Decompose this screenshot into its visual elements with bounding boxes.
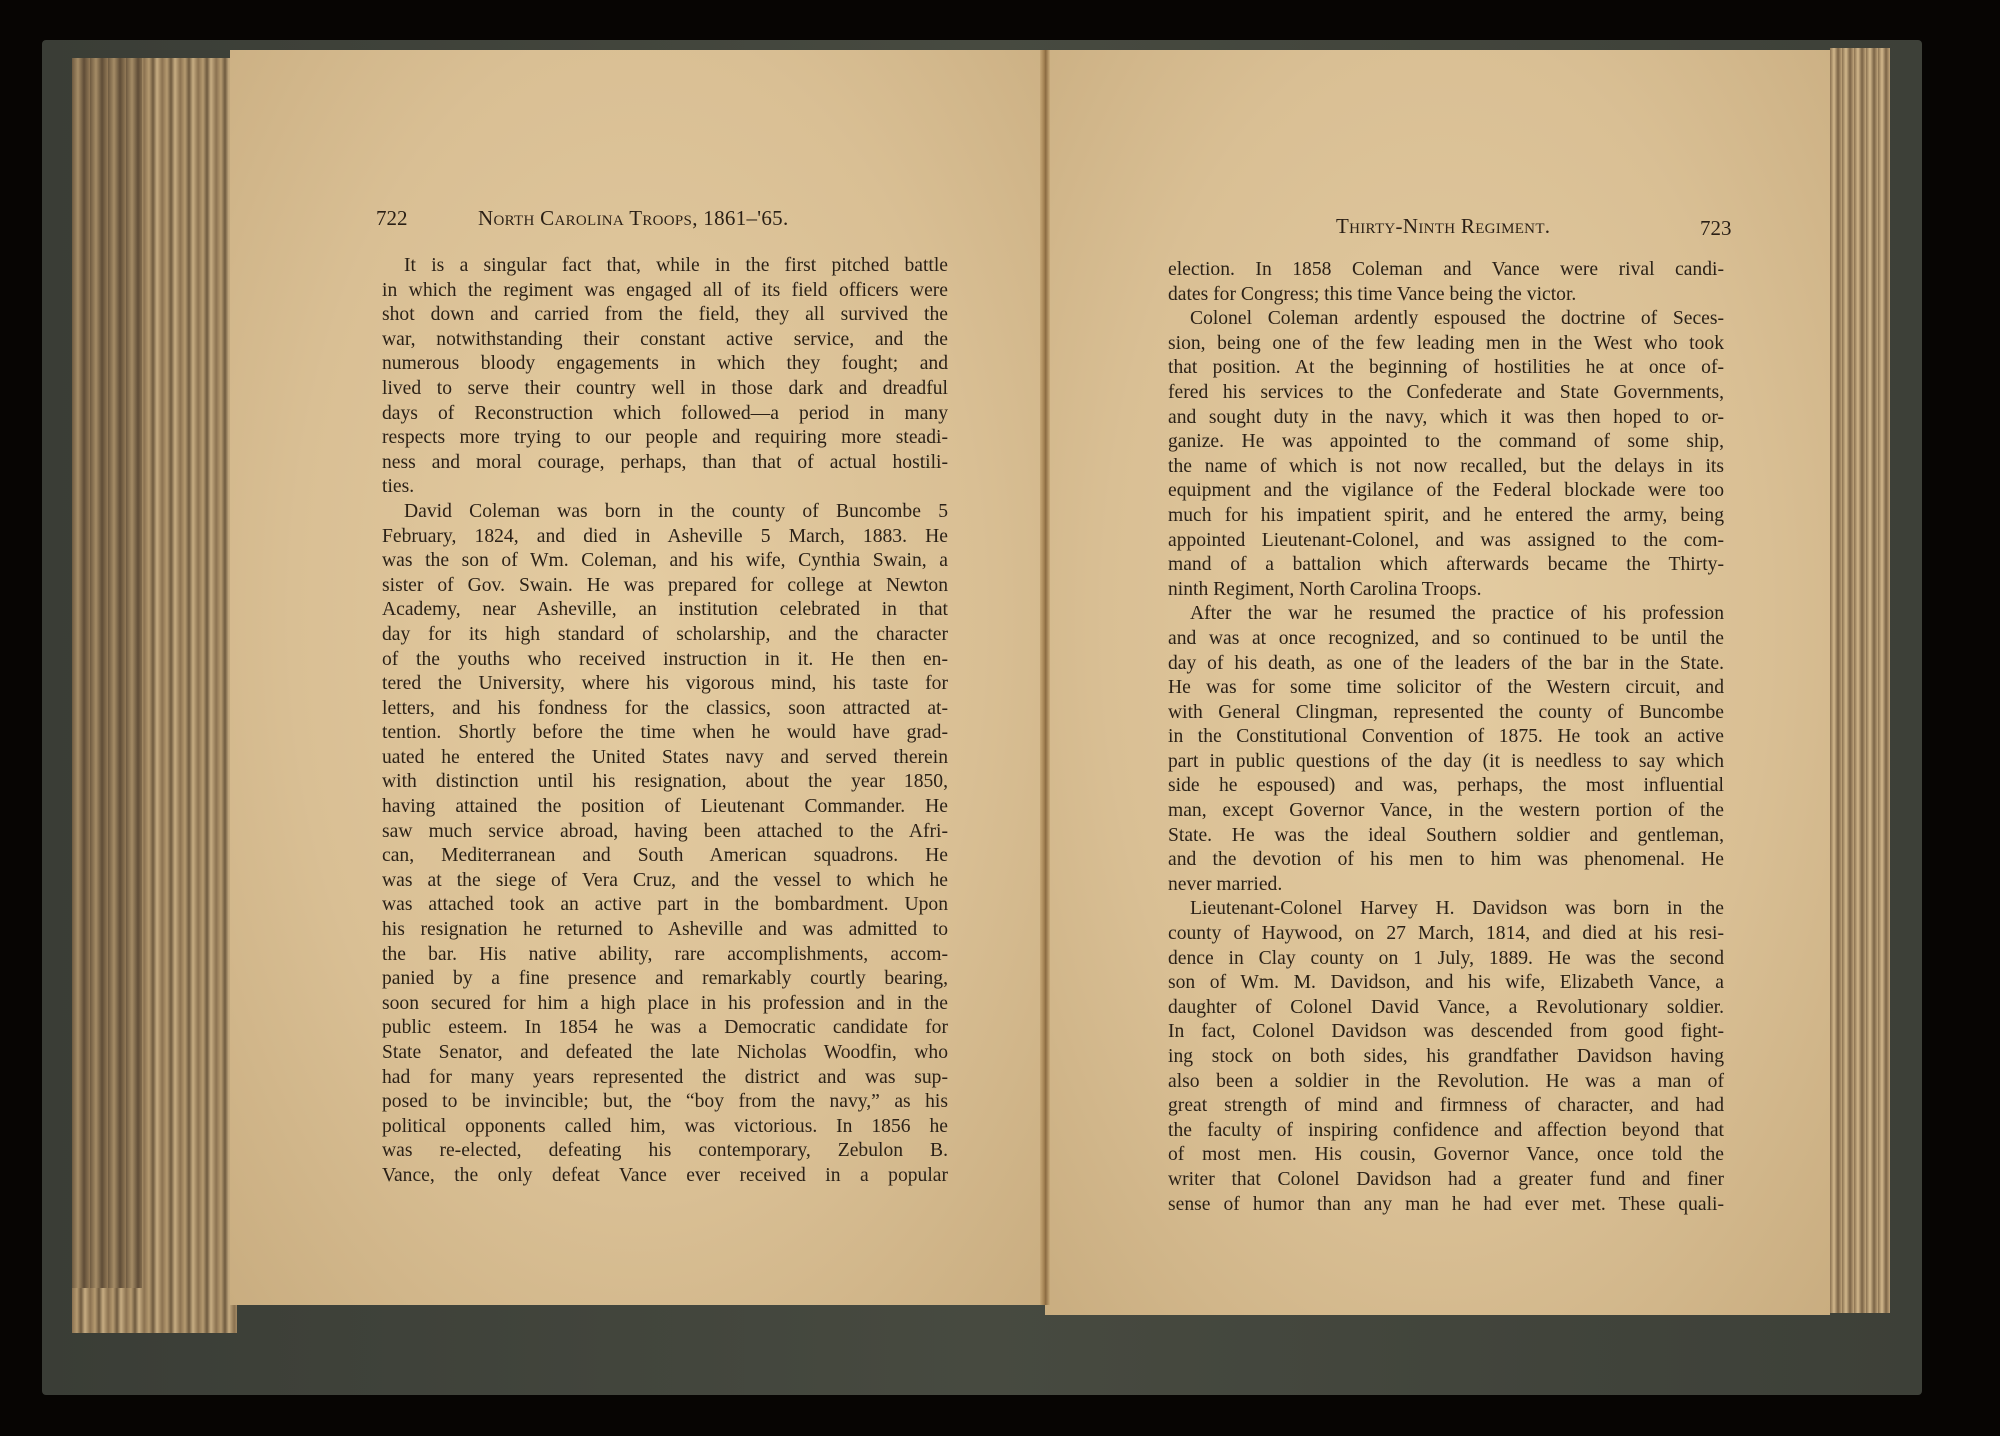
text-line: and was at once recognized, and so conti…	[1168, 627, 1724, 652]
text-line: uated he entered the United States navy …	[382, 746, 948, 771]
text-line: ninth Regiment, North Carolina Troops.	[1168, 578, 1724, 603]
text-line: in which the regiment was engaged all of…	[382, 279, 948, 304]
text-line: It is a singular fact that, while in the…	[382, 254, 948, 279]
text-line: In fact, Colonel Davidson was descended …	[1168, 1020, 1724, 1045]
text-line: lived to serve their country well in tho…	[382, 377, 948, 402]
text-line: panied by a fine presence and remarkably…	[382, 967, 948, 992]
text-line: also been a soldier in the Revolution. H…	[1168, 1070, 1724, 1095]
text-line: sion, being one of the few leading men i…	[1168, 332, 1724, 357]
text-line: with distinction until his resignation, …	[382, 770, 948, 795]
text-line: of the youths who received instruction i…	[382, 648, 948, 673]
text-line: war, notwithstanding their constant acti…	[382, 328, 948, 353]
text-line: sense of humor than any man he had ever …	[1168, 1193, 1724, 1218]
text-line: day for its high standard of scholarship…	[382, 623, 948, 648]
text-line: was re-elected, defeating his contempora…	[382, 1139, 948, 1164]
text-line: dates for Congress; this time Vance bein…	[1168, 283, 1724, 308]
text-line: shot down and carried from the field, th…	[382, 303, 948, 328]
text-line: side he espoused) and was, perhaps, the …	[1168, 774, 1724, 799]
text-line: ing stock on both sides, his grandfather…	[1168, 1045, 1724, 1070]
right-page-body: election. In 1858 Coleman and Vance were…	[1168, 258, 1724, 1217]
text-line: appointed Lieutenant-Colonel, and was as…	[1168, 529, 1724, 554]
left-running-head: North Carolina Troops, 1861–'65.	[478, 206, 789, 231]
text-line: with General Clingman, represented the c…	[1168, 701, 1724, 726]
text-line: had for many years represented the distr…	[382, 1066, 948, 1091]
text-line: dence in Clay county on 1 July, 1889. He…	[1168, 947, 1724, 972]
text-line: was attached took an active part in the …	[382, 893, 948, 918]
text-line: State. He was the ideal Southern soldier…	[1168, 824, 1724, 849]
text-line: soon secured for him a high place in his…	[382, 992, 948, 1017]
text-line: the name of which is not now recalled, b…	[1168, 455, 1724, 480]
text-line: ties.	[382, 475, 948, 500]
text-line: numerous bloody engagements in which the…	[382, 352, 948, 377]
text-line: Academy, near Asheville, an institution …	[382, 598, 948, 623]
text-line: having attained the position of Lieutena…	[382, 795, 948, 820]
page-edges-left-outer	[72, 58, 142, 1288]
text-line: posed to be invincible; but, the “boy fr…	[382, 1090, 948, 1115]
text-line: equipment and the vigilance of the Feder…	[1168, 479, 1724, 504]
text-line: State Senator, and defeated the late Nic…	[382, 1041, 948, 1066]
page-edges-right	[1830, 48, 1890, 1313]
text-line: mand of a battalion which afterwards bec…	[1168, 553, 1724, 578]
right-running-head: Thirty-Ninth Regiment.	[1336, 214, 1550, 239]
text-line: David Coleman was born in the county of …	[382, 500, 948, 525]
text-line: and sought duty in the navy, which it wa…	[1168, 406, 1724, 431]
left-page-number: 722	[376, 206, 408, 231]
text-line: tered the University, where his vigorous…	[382, 672, 948, 697]
text-line: in the Constitutional Convention of 1875…	[1168, 725, 1724, 750]
text-line: public esteem. In 1854 he was a Democrat…	[382, 1016, 948, 1041]
text-line: political opponents called him, was vict…	[382, 1115, 948, 1140]
text-line: daughter of Colonel David Vance, a Revol…	[1168, 996, 1724, 1021]
text-line: Colonel Coleman ardently espoused the do…	[1168, 307, 1724, 332]
text-line: part in public questions of the day (it …	[1168, 750, 1724, 775]
text-line: day of his death, as one of the leaders …	[1168, 652, 1724, 677]
text-line: man, except Governor Vance, in the weste…	[1168, 799, 1724, 824]
text-line: great strength of mind and firmness of c…	[1168, 1094, 1724, 1119]
right-running-head-text: Thirty-Ninth Regiment.	[1336, 214, 1550, 238]
text-line: much for his impatient spirit, and he en…	[1168, 504, 1724, 529]
text-line: writer that Colonel Davidson had a great…	[1168, 1168, 1724, 1193]
text-line: was at the siege of Vera Cruz, and the v…	[382, 869, 948, 894]
text-line: letters, and his fondness for the classi…	[382, 697, 948, 722]
text-line: election. In 1858 Coleman and Vance were…	[1168, 258, 1724, 283]
text-line: Lieutenant-Colonel Harvey H. Davidson wa…	[1168, 897, 1724, 922]
text-line: the bar. His native ability, rare accomp…	[382, 943, 948, 968]
left-running-head-text: North Carolina Troops, 1861–'65.	[478, 206, 789, 230]
text-line: that position. At the beginning of hosti…	[1168, 356, 1724, 381]
book-gutter	[1040, 50, 1050, 1305]
text-line: son of Wm. M. Davidson, and his wife, El…	[1168, 971, 1724, 996]
text-line: can, Mediterranean and South American sq…	[382, 844, 948, 869]
text-line: He was for some time solicitor of the We…	[1168, 676, 1724, 701]
text-line: After the war he resumed the practice of…	[1168, 602, 1724, 627]
text-line: and the devotion of his men to him was p…	[1168, 848, 1724, 873]
text-line: of most men. His cousin, Governor Vance,…	[1168, 1143, 1724, 1168]
text-line: February, 1824, and died in Asheville 5 …	[382, 525, 948, 550]
left-page-body: It is a singular fact that, while in the…	[382, 254, 948, 1189]
text-line: never married.	[1168, 873, 1724, 898]
right-page-number: 723	[1700, 216, 1732, 241]
text-line: his resignation he returned to Asheville…	[382, 918, 948, 943]
text-line: ganize. He was appointed to the command …	[1168, 430, 1724, 455]
text-line: the faculty of inspiring confidence and …	[1168, 1119, 1724, 1144]
text-line: saw much service abroad, having been att…	[382, 820, 948, 845]
text-line: ness and moral courage, perhaps, than th…	[382, 451, 948, 476]
text-line: tention. Shortly before the time when he…	[382, 721, 948, 746]
text-line: days of Reconstruction which followed—a …	[382, 402, 948, 427]
text-line: was the son of Wm. Coleman, and his wife…	[382, 549, 948, 574]
text-line: county of Haywood, on 27 March, 1814, an…	[1168, 922, 1724, 947]
text-line: fered his services to the Confederate an…	[1168, 381, 1724, 406]
text-line: Vance, the only defeat Vance ever receiv…	[382, 1164, 948, 1189]
text-line: respects more trying to our people and r…	[382, 426, 948, 451]
text-line: sister of Gov. Swain. He was prepared fo…	[382, 574, 948, 599]
